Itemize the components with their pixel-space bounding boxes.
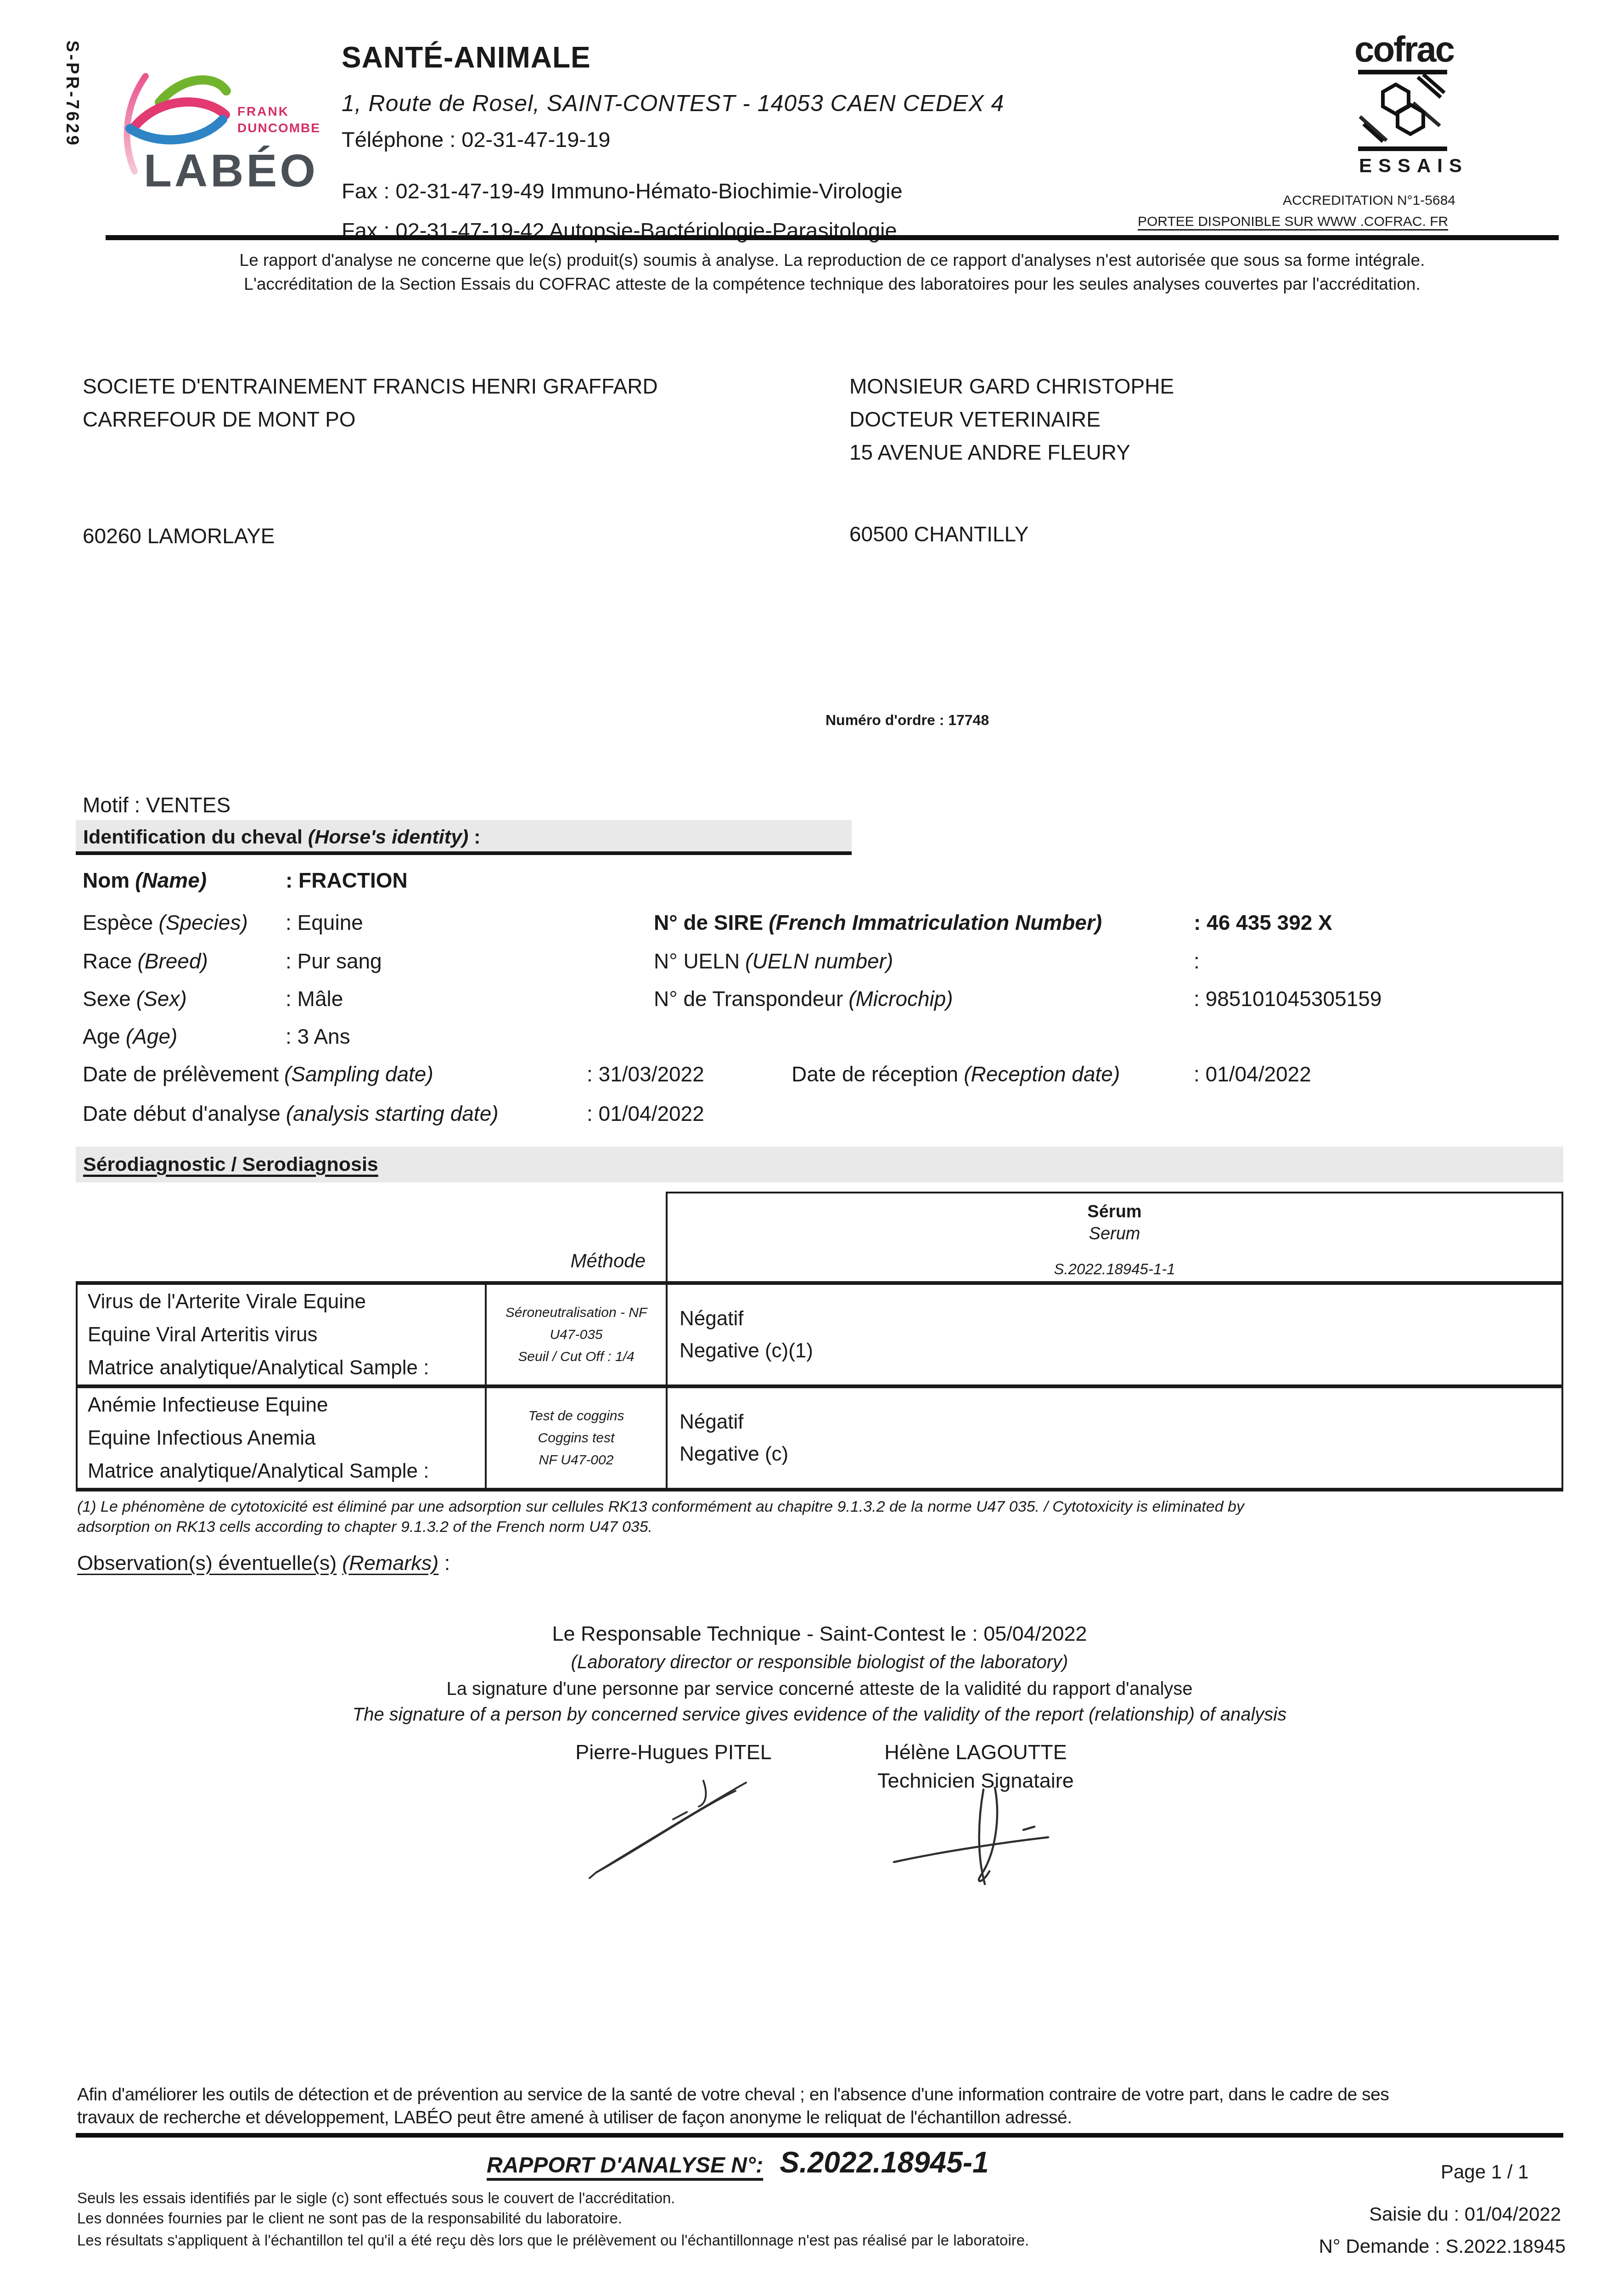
sampling-date-label-en: (Sampling date) bbox=[284, 1062, 433, 1086]
analysis-date-value: : 01/04/2022 bbox=[587, 1101, 704, 1126]
page-indicator: Page 1 / 1 bbox=[1441, 2161, 1528, 2183]
accreditation-number: ACCREDITATION N°1-5684 bbox=[1240, 193, 1455, 208]
sender-street: CARREFOUR DE MONT PO bbox=[83, 403, 356, 435]
responsible-line-en: (Laboratory director or responsible biol… bbox=[174, 1652, 1465, 1673]
lab-fax-immuno: Fax : 02-31-47-19-49 Immuno-Hémato-Bioch… bbox=[342, 178, 903, 203]
sexe-label: Sexe bbox=[83, 987, 131, 1011]
race-label-en: (Breed) bbox=[137, 949, 208, 973]
research-note-line2: travaux de recherche et développement, L… bbox=[77, 2108, 1565, 2128]
lab-report-page: S-PR-7629 FRANK DUNCOMBE LABÉO SANTÉ-ANI… bbox=[0, 0, 1623, 2296]
analysis-1-result-en: Negative (c)(1) bbox=[680, 1335, 1561, 1367]
reception-date-label: Date de réception bbox=[792, 1062, 958, 1086]
cytotoxicity-footnote-line1: (1) Le phénomène de cytotoxicité est éli… bbox=[77, 1498, 1244, 1516]
microchip-value: : 985101045305159 bbox=[1194, 986, 1382, 1011]
signature-2-scribble bbox=[870, 1784, 1067, 1892]
analysis-2-method-line2: Coggins test bbox=[487, 1427, 666, 1449]
remarks-heading: Observation(s) éventuelle(s)(Remarks) : bbox=[77, 1551, 450, 1575]
signature-validity-en: The signature of a person by concerned s… bbox=[174, 1705, 1465, 1725]
nom-value: : FRACTION bbox=[286, 868, 408, 893]
identification-title-en: (Horse's identity) bbox=[308, 826, 469, 848]
age-label: Age bbox=[83, 1024, 120, 1048]
analysis-2-method-line3: NF U47-002 bbox=[487, 1449, 666, 1471]
sample-type-fr: Sérum bbox=[1087, 1201, 1141, 1223]
identification-title-fr: Identification du cheval bbox=[83, 826, 303, 848]
signature-validity-fr: La signature d'une personne par service … bbox=[174, 1679, 1465, 1699]
recipient-street: 15 AVENUE ANDRE FLEURY bbox=[849, 436, 1130, 468]
lab-address: 1, Route de Rosel, SAINT-CONTEST - 14053… bbox=[342, 90, 1004, 117]
analysis-1-method-line1: Séroneutralisation - NF bbox=[487, 1302, 666, 1324]
microchip-label-en: (Microchip) bbox=[848, 987, 953, 1011]
footer-note-1: Seuls les essais identifiés par le sigle… bbox=[77, 2189, 675, 2207]
cofrac-portee-link: PORTEE DISPONIBLE SUR WWW .COFRAC. FR bbox=[1138, 214, 1448, 230]
analysis-1-matrix: Matrice analytique/Analytical Sample : bbox=[88, 1351, 485, 1384]
serology-table: Virus de l'Arterite Virale Equine Equine… bbox=[76, 1281, 1563, 1491]
recipient-title: DOCTEUR VETERINAIRE bbox=[849, 403, 1101, 435]
analysis-date-label-en: (analysis starting date) bbox=[286, 1102, 499, 1125]
sampling-date-label: Date de prélèvement bbox=[83, 1062, 279, 1086]
logo-duncombe-text: DUNCOMBE bbox=[237, 121, 320, 135]
responsible-line: Le Responsable Technique - Saint-Contest… bbox=[174, 1622, 1465, 1646]
race-label: Race bbox=[83, 949, 132, 973]
sexe-value: : Mâle bbox=[286, 986, 343, 1011]
recipient-name: MONSIEUR GARD CHRISTOPHE bbox=[849, 370, 1174, 402]
signer-1-name: Pierre-Hugues PITEL bbox=[536, 1740, 811, 1764]
analysis-2-result-fr: Négatif bbox=[680, 1406, 1561, 1438]
logo-frank-text: FRANK bbox=[237, 104, 289, 118]
sire-value: : 46 435 392 X bbox=[1194, 910, 1332, 935]
ueln-value: : bbox=[1194, 949, 1200, 974]
footer-note-3: Les résultats s'appliquent à l'échantill… bbox=[77, 2232, 1029, 2249]
analysis-2-result-cell: Négatif Negative (c) bbox=[668, 1388, 1561, 1488]
sender-name: SOCIETE D'ENTRAINEMENT FRANCIS HENRI GRA… bbox=[83, 370, 658, 402]
entry-date: Saisie du : 01/04/2022 bbox=[1309, 2203, 1561, 2225]
sampling-date-value: : 31/03/2022 bbox=[587, 1062, 704, 1086]
remarks-colon: : bbox=[438, 1551, 450, 1575]
request-number: N° Demande : S.2022.18945 bbox=[1217, 2235, 1566, 2257]
sire-label: N° de SIRE bbox=[654, 911, 763, 934]
footer-note-2: Les données fournies par le client ne so… bbox=[77, 2210, 622, 2227]
cofrac-wordmark: cofrac bbox=[1354, 29, 1451, 69]
footer-divider-rule bbox=[76, 2133, 1563, 2138]
espece-value: : Equine bbox=[286, 910, 363, 935]
cytotoxicity-footnote-line2: adsorption on RK13 cells according to ch… bbox=[77, 1518, 652, 1536]
cofrac-essais-label: ESSAIS bbox=[1354, 155, 1451, 177]
labeo-logo: FRANK DUNCOMBE LABÉO bbox=[108, 68, 328, 197]
analysis-1-result-cell: Négatif Negative (c)(1) bbox=[668, 1285, 1561, 1388]
nom-label-en: (Name) bbox=[135, 868, 207, 892]
sample-id: S.2022.18945-1-1 bbox=[1054, 1261, 1175, 1278]
analysis-1-method-cell: Séroneutralisation - NF U47-035 Seuil / … bbox=[487, 1285, 668, 1388]
analysis-1-method-line3: Seuil / Cut Off : 1/4 bbox=[487, 1346, 666, 1368]
sire-label-en: (French Immatriculation Number) bbox=[769, 911, 1102, 934]
analysis-2-name-en: Equine Infectious Anemia bbox=[88, 1422, 485, 1455]
espece-label-en: (Species) bbox=[158, 911, 247, 934]
disclaimer-line-1: Le rapport d'analyse ne concerne que le(… bbox=[106, 251, 1559, 270]
report-number-value: S.2022.18945-1 bbox=[780, 2145, 989, 2179]
method-column-header: Méthode bbox=[485, 1250, 646, 1272]
microchip-label: N° de Transpondeur bbox=[654, 987, 843, 1011]
report-number-line: RAPPORT D'ANALYSE N°: S.2022.18945-1 bbox=[487, 2145, 989, 2179]
report-number-label: RAPPORT D'ANALYSE N°: bbox=[487, 2153, 763, 2178]
serology-section-header: Sérodiagnostic / Serodiagnosis bbox=[76, 1147, 1563, 1182]
analysis-2-name-fr: Anémie Infectieuse Equine bbox=[88, 1389, 485, 1422]
analysis-2-matrix: Matrice analytique/Analytical Sample : bbox=[88, 1455, 485, 1488]
analysis-2-method-cell: Test de coggins Coggins test NF U47-002 bbox=[487, 1388, 668, 1488]
disclaimer-line-2: L'accréditation de la Section Essais du … bbox=[106, 275, 1559, 294]
nom-label: Nom bbox=[83, 868, 129, 892]
reception-date-label-en: (Reception date) bbox=[964, 1062, 1120, 1086]
age-label-en: (Age) bbox=[126, 1024, 177, 1048]
logo-labeo-text: LABÉO bbox=[144, 145, 318, 197]
signature-1-scribble bbox=[583, 1777, 758, 1883]
cofrac-top-bar bbox=[1358, 70, 1447, 74]
analysis-1-name-cell: Virus de l'Arterite Virale Equine Equine… bbox=[78, 1285, 487, 1388]
analysis-date-label: Date début d'analyse bbox=[83, 1102, 281, 1125]
ueln-label: N° UELN bbox=[654, 949, 740, 973]
lab-phone: Téléphone : 02-31-47-19-19 bbox=[342, 127, 610, 152]
age-value: : 3 Ans bbox=[286, 1024, 350, 1049]
identification-title-colon: : bbox=[474, 826, 480, 848]
header-divider-rule bbox=[106, 235, 1559, 240]
cofrac-logo: cofrac ESSAIS bbox=[1354, 29, 1451, 177]
signer-2-name: Hélène LAGOUTTE bbox=[838, 1740, 1113, 1764]
cofrac-hexagon-emblem bbox=[1359, 74, 1446, 143]
serology-section-title: Sérodiagnostic / Serodiagnosis bbox=[83, 1147, 378, 1182]
analysis-2-result-en: Negative (c) bbox=[680, 1438, 1561, 1470]
race-value: : Pur sang bbox=[286, 949, 382, 974]
sender-city: 60260 LAMORLAYE bbox=[83, 520, 275, 552]
side-reference-code: S-PR-7629 bbox=[62, 40, 82, 147]
identification-section-header: Identification du cheval(Horse's identit… bbox=[76, 820, 852, 855]
remarks-en: (Remarks) bbox=[342, 1551, 438, 1575]
remarks-fr: Observation(s) éventuelle(s) bbox=[77, 1551, 337, 1575]
sexe-label-en: (Sex) bbox=[136, 987, 187, 1011]
recipient-city: 60500 CHANTILLY bbox=[849, 518, 1028, 550]
espece-label: Espèce bbox=[83, 911, 153, 934]
analysis-1-method-line2: U47-035 bbox=[487, 1324, 666, 1346]
reception-date-value: : 01/04/2022 bbox=[1194, 1062, 1311, 1086]
analysis-1-result-fr: Négatif bbox=[680, 1303, 1561, 1335]
research-note-line1: Afin d'améliorer les outils de détection… bbox=[77, 2085, 1565, 2105]
motif-line: Motif : VENTES bbox=[83, 793, 230, 817]
analysis-1-name-fr: Virus de l'Arterite Virale Equine bbox=[88, 1285, 485, 1318]
sample-column-header: Sérum Serum S.2022.18945-1-1 bbox=[666, 1192, 1563, 1281]
analysis-2-method-line1: Test de coggins bbox=[487, 1405, 666, 1427]
analysis-1-name-en: Equine Viral Arteritis virus bbox=[88, 1318, 485, 1351]
department-title: SANTÉ-ANIMALE bbox=[342, 40, 591, 74]
order-number: Numéro d'ordre : 17748 bbox=[826, 712, 989, 729]
ueln-label-en: (UELN number) bbox=[745, 949, 893, 973]
analysis-2-name-cell: Anémie Infectieuse Equine Equine Infecti… bbox=[78, 1388, 487, 1488]
identification-section-title: Identification du cheval(Horse's identit… bbox=[76, 820, 852, 854]
cofrac-bottom-bar bbox=[1358, 146, 1447, 151]
sample-type-en: Serum bbox=[1089, 1223, 1140, 1245]
